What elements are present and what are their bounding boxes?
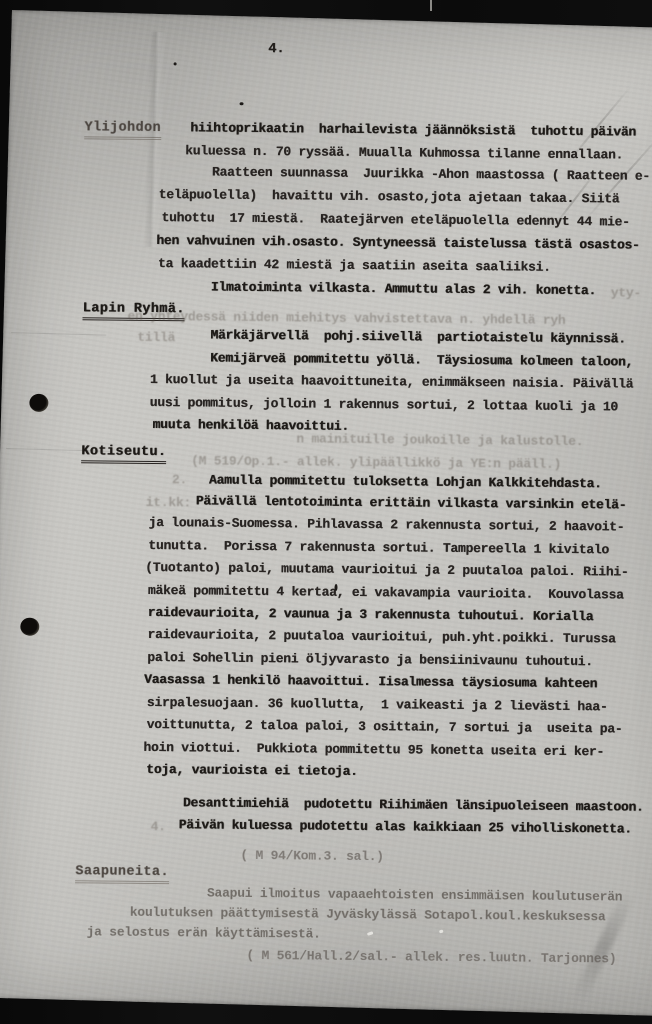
text-line: 1 kuollut ja useita haavoittuneita, enim… bbox=[150, 372, 633, 392]
bleedthrough-text: (M 519/Op.1.- allek. ylipäällikkö ja YE:… bbox=[191, 453, 561, 472]
text-line: raidevaurioita, 2 puutaloa vaurioitui, p… bbox=[147, 627, 615, 646]
text-line: Aamulla pommitettu tuloksetta Lohjan Kal… bbox=[209, 473, 602, 492]
text-line: Vaasassa 1 henkilö haavoittui. Iisalmess… bbox=[144, 672, 597, 691]
bleedthrough-text: n mainituille joukoille ja kalustolle. bbox=[296, 431, 583, 449]
bleedthrough-text: tillä bbox=[137, 330, 175, 345]
text-line: ja selostus erän käyttämisestä. bbox=[87, 924, 321, 941]
bleedthrough-text: en yhteydessä niiden miehitys vahvistett… bbox=[127, 309, 565, 328]
text-line: Raatteen suunnassa Juurikka -Ahon maasto… bbox=[212, 165, 650, 184]
text-line: hiihtoprikaatin harhailevista jäännöksis… bbox=[190, 120, 636, 139]
text-line: uusi pommitus, jolloin 1 rakennus sortui… bbox=[150, 395, 618, 414]
bleedthrough-item-number: 4. bbox=[151, 819, 166, 834]
text-line: teläpuolella) havaittu vih. osasto,jota … bbox=[159, 187, 620, 206]
bleedthrough-item-number: 2. bbox=[172, 472, 187, 487]
section-heading-saapuneita: Saapuneita. bbox=[75, 864, 169, 884]
document-reference: ( M 561/Hall.2/sal.- allek. res.luutn. T… bbox=[246, 948, 616, 967]
section-heading-kotiseutu: Kotiseutu. bbox=[81, 444, 166, 464]
text-line: hen vahvuinen vih.osasto. Syntyneessä ta… bbox=[156, 233, 639, 253]
text-line: Saapui ilmoitus vapaaehtoisten ensimmäis… bbox=[207, 886, 622, 905]
text-line: Märkäjärvellä pohj.siivellä partiotaiste… bbox=[210, 328, 625, 347]
text-line: tuhottu 17 miestä. Raatejärven eteläpuol… bbox=[161, 210, 629, 229]
text-line: Päivän kuluessa pudotettu alas kaikkiaan… bbox=[179, 817, 632, 836]
text-line: Ilmatoiminta vilkasta. Ammuttu alas 2 vi… bbox=[211, 280, 596, 299]
text-line: sirpalesuojaan. 36 kuollutta, 1 vaikeast… bbox=[147, 695, 608, 714]
text-line: Desanttimiehiä pudotettu Riihimäen länsi… bbox=[183, 795, 644, 814]
text-line: Kemijärveä pommitettu yöllä. Täysiosuma … bbox=[210, 351, 633, 370]
scanned-document: 4. Ylijohdon hiihtoprikaatin harhailevis… bbox=[0, 0, 652, 1024]
bleedthrough-text: it.kk: bbox=[146, 495, 191, 510]
text-line: mäkeä pommitettu 4 kertaa, ei vakavampia… bbox=[148, 583, 624, 603]
section-heading-ylijohdon: Ylijohdon bbox=[84, 120, 161, 140]
text-line: ta kaadettiin 42 miestä ja saatiin aseit… bbox=[158, 256, 551, 275]
text-line: voittunutta, 2 taloa paloi, 3 osittain, … bbox=[147, 717, 623, 737]
document-reference: ( M 94/Kom.3. sal.) bbox=[240, 848, 384, 864]
text-line: raidevaurioita, 2 vaunua ja 3 rakennusta… bbox=[148, 605, 594, 624]
text-line: Päivällä lentotoiminta erittäin vilkasta… bbox=[196, 493, 627, 512]
text-line: toja, vaurioista ei tietoja. bbox=[146, 762, 358, 779]
typewritten-text-layer: 4. Ylijohdon hiihtoprikaatin harhailevis… bbox=[0, 0, 652, 1024]
text-line: ja lounais-Suomessa. Pihlavassa 2 rakenn… bbox=[148, 515, 624, 535]
bleedthrough-text: yty- bbox=[611, 285, 641, 300]
page-number: 4. bbox=[268, 42, 284, 57]
text-line: koulutuksen päättymisestä Jyväskylässä S… bbox=[130, 905, 606, 925]
text-line: (Tuotanto) paloi, muutama vaurioitui ja … bbox=[145, 560, 628, 580]
text-line: kuluessa n. 70 ryssää. Muualla Kuhmossa … bbox=[185, 143, 623, 162]
text-line: tunutta. Porissa 7 rakennusta sortui. Ta… bbox=[148, 538, 609, 557]
text-line: hoin viottui. Pukkiota pommitettu 95 kon… bbox=[143, 740, 604, 759]
text-line: paloi Sohellin pieni öljyvarasto ja bens… bbox=[147, 650, 593, 669]
